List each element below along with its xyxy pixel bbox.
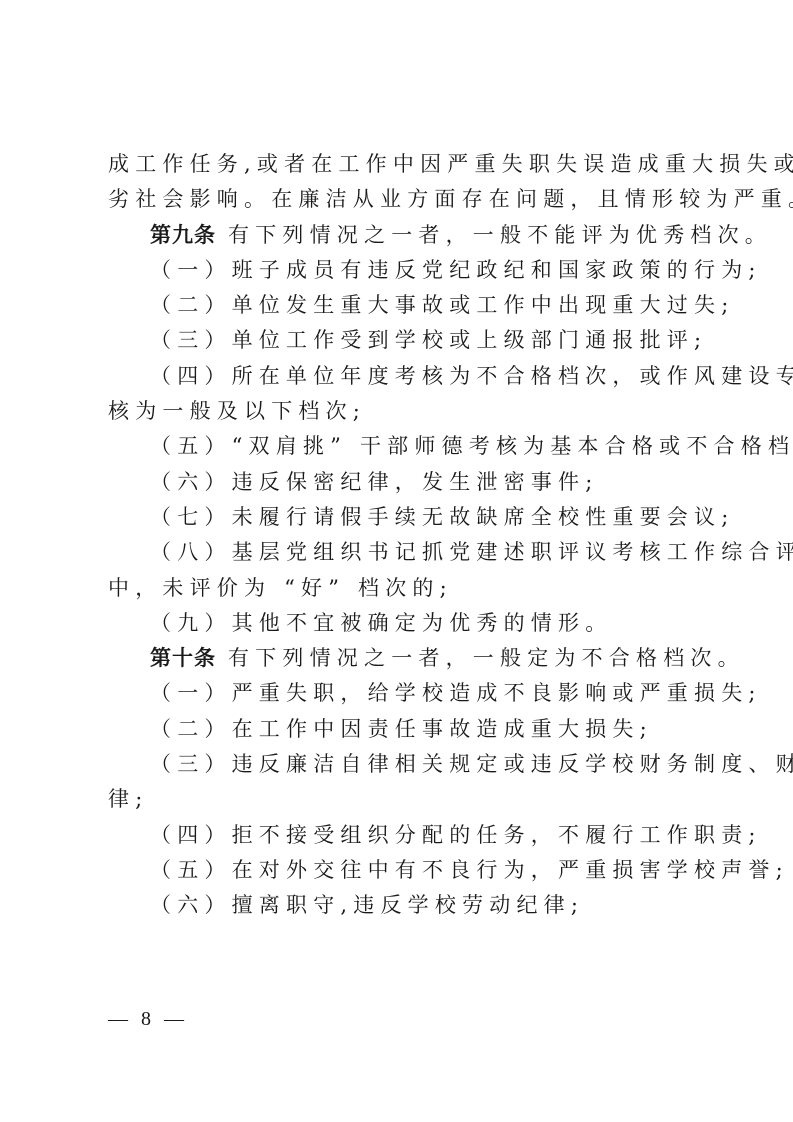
article-10-title: 第十条 [150, 646, 216, 670]
article-9-heading-line: 第九条有下列情况之一者，一般不能评为优秀档次。 [108, 218, 692, 253]
article-10-item: （四）拒不接受组织分配的任务，不履行工作职责; [108, 818, 692, 853]
article-9-intro: 有下列情况之一者，一般不能评为优秀档次。 [228, 223, 772, 247]
document-body: 成工作任务,或者在工作中因严重失职失误造成重大损失或者恶 劣社会影响。在廉洁从业… [108, 147, 692, 924]
article-9-item: （六）违反保密纪律，发生泄密事件; [108, 465, 692, 500]
article-9-title: 第九条 [150, 223, 216, 247]
article-9-item: （一）班子成员有违反党纪政纪和国家政策的行为; [108, 253, 692, 288]
article-9-item: （七）未履行请假手续无故缺席全校性重要会议; [108, 500, 692, 535]
article-10-item: （一）严重失职，给学校造成不良影响或严重损失; [108, 676, 692, 711]
paragraph-line: 成工作任务,或者在工作中因严重失职失误造成重大损失或者恶 [108, 147, 692, 182]
document-page: 成工作任务,或者在工作中因严重失职失误造成重大损失或者恶 劣社会影响。在廉洁从业… [0, 0, 793, 1122]
article-9-item: （二）单位发生重大事故或工作中出现重大过失; [108, 288, 692, 323]
article-9-item: （三）单位工作受到学校或上级部门通报批评; [108, 323, 692, 358]
article-10-heading-line: 第十条有下列情况之一者，一般定为不合格档次。 [108, 641, 692, 676]
article-10-item-continuation: 律; [108, 782, 692, 817]
article-9-item: （八）基层党组织书记抓党建述职评议考核工作综合评价 [108, 535, 692, 570]
article-9-item-continuation: 中，未评价为 “好” 档次的; [108, 571, 692, 606]
article-9-item: （五）“双肩挑” 干部师德考核为基本合格或不合格档次; [108, 429, 692, 464]
article-10-item: （五）在对外交往中有不良行为，严重损害学校声誉; [108, 853, 692, 888]
article-10-item: （二）在工作中因责任事故造成重大损失; [108, 712, 692, 747]
article-9-item: （四）所在单位年度考核为不合格档次，或作风建设专项考 [108, 359, 692, 394]
paragraph-line: 劣社会影响。在廉洁从业方面存在问题，且情形较为严重。 [108, 182, 692, 217]
page-number: — 8 — [108, 1008, 188, 1031]
article-9-item-continuation: 核为一般及以下档次; [108, 394, 692, 429]
article-9-item: （九）其他不宜被确定为优秀的情形。 [108, 606, 692, 641]
article-10-item: （三）违反廉洁自律相关规定或违反学校财务制度、财经纪 [108, 747, 692, 782]
article-10-intro: 有下列情况之一者，一般定为不合格档次。 [228, 646, 745, 670]
article-10-item: （六）擅离职守,违反学校劳动纪律; [108, 888, 692, 923]
